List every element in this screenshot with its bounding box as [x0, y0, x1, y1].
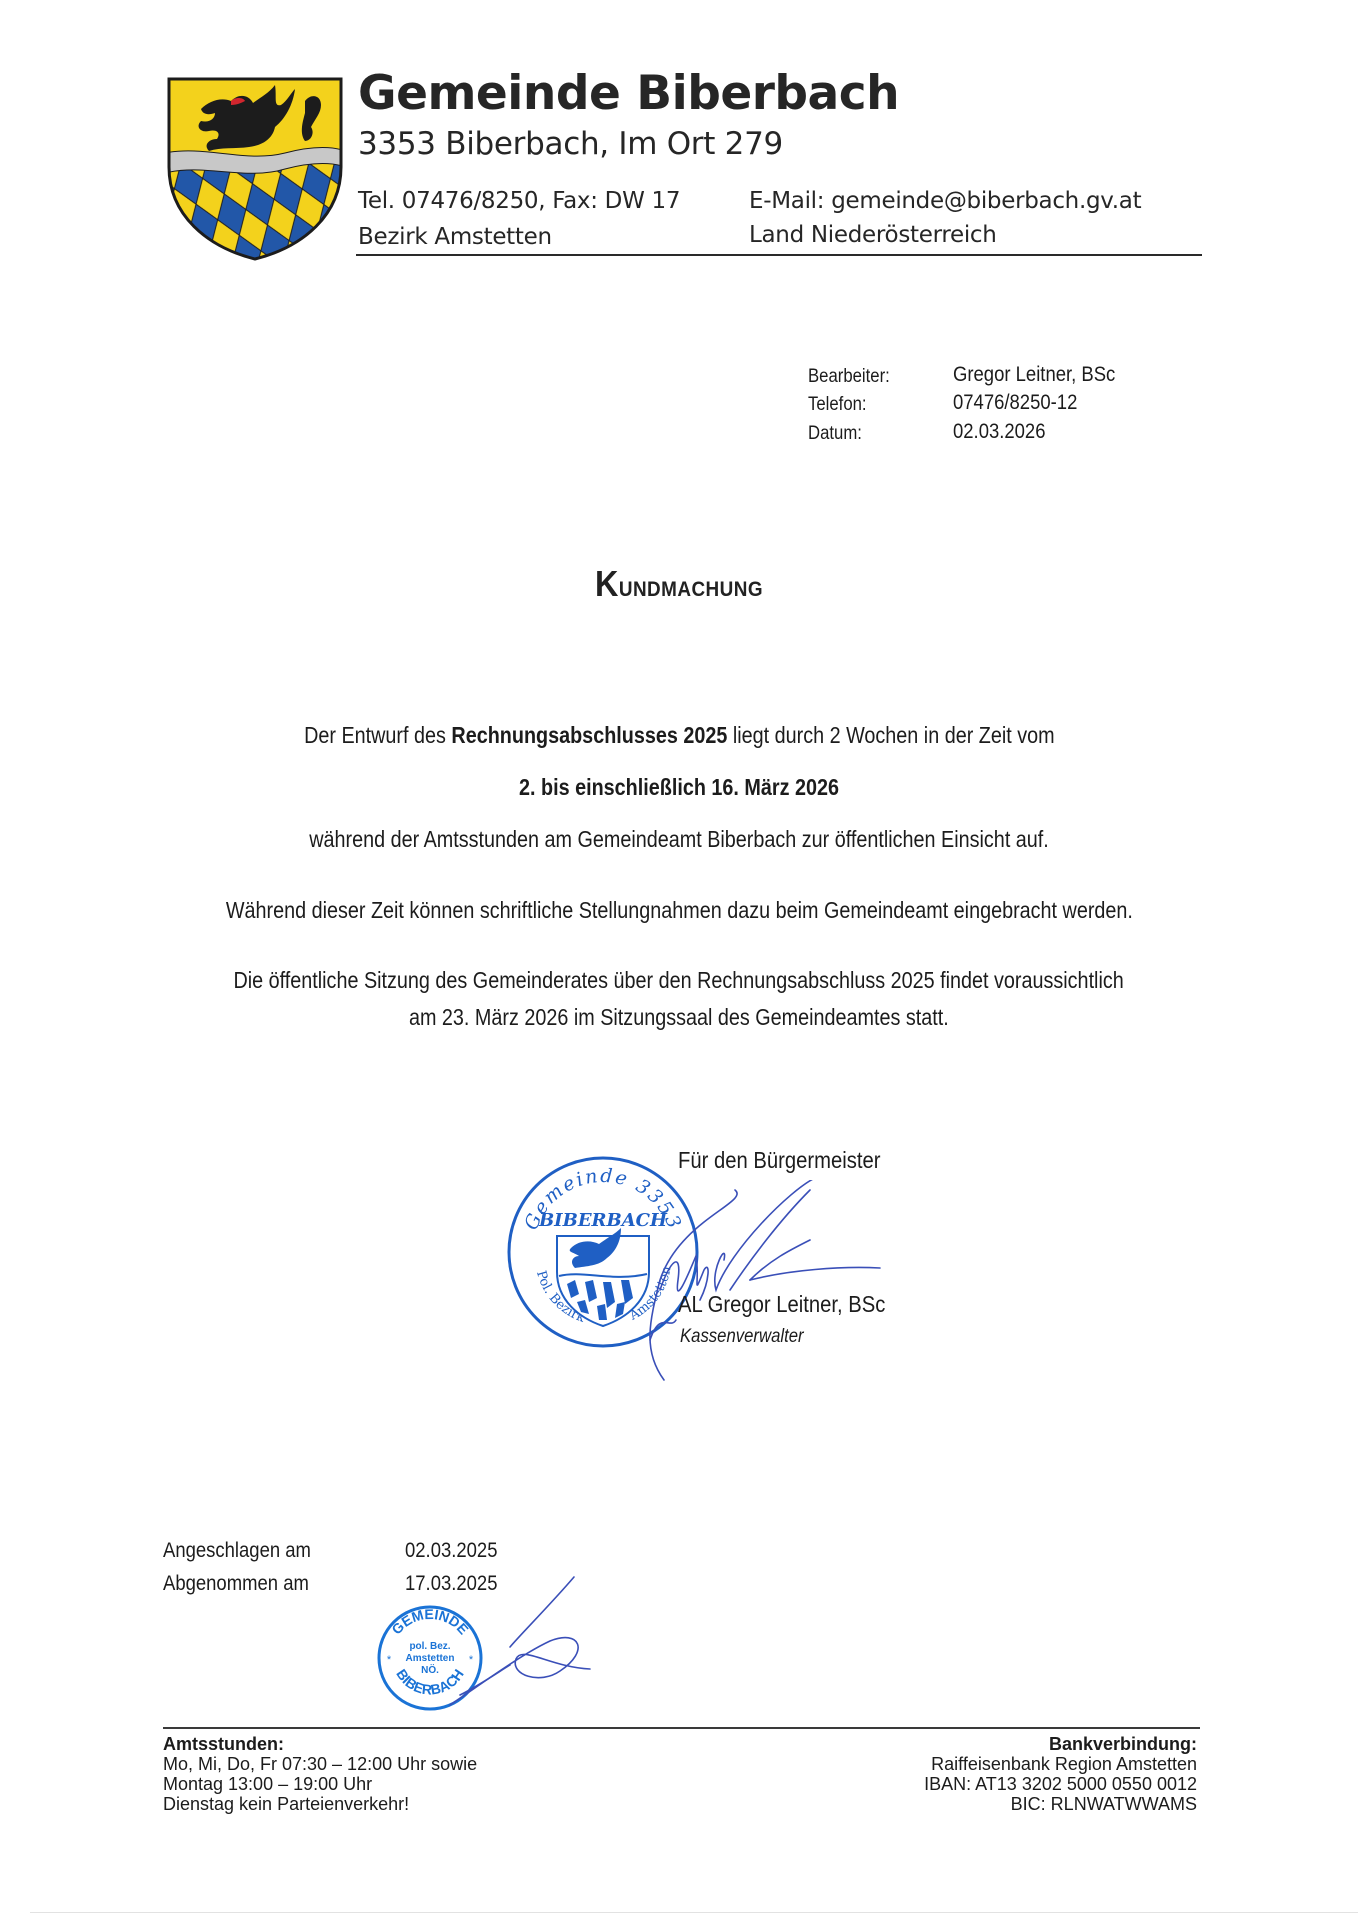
paragraph-1: Der Entwurf des Rechnungsabschlusses 202… — [0, 722, 1358, 749]
paragraph-period: 2. bis einschließlich 16. März 2026 — [0, 774, 1358, 801]
office-hours-line: Dienstag kein Parteienverkehr! — [163, 1794, 477, 1814]
letterhead-divider — [356, 254, 1202, 256]
paragraph-5-line-2: am 23. März 2026 im Sitzungssaal des Gem… — [0, 1004, 1358, 1031]
office-hours: Amtsstunden: Mo, Mi, Do, Fr 07:30 – 12:0… — [163, 1734, 477, 1814]
office-hours-line: Montag 13:00 – 19:00 Uhr — [163, 1774, 477, 1794]
bank-details-title: Bankverbindung: — [924, 1734, 1197, 1754]
bank-name: Raiffeisenbank Region Amstetten — [924, 1754, 1197, 1774]
paragraph-4: Während dieser Zeit können schriftliche … — [0, 897, 1358, 924]
footer-divider — [163, 1727, 1200, 1729]
meta-value: 02.03.2026 — [953, 420, 1045, 444]
office-hours-line: Mo, Mi, Do, Fr 07:30 – 12:00 Uhr sowie — [163, 1754, 477, 1774]
page-edge — [30, 1912, 1358, 1913]
office-hours-title: Amtsstunden: — [163, 1734, 477, 1754]
bold-text: Rechnungsabschlusses 2025 — [451, 722, 727, 748]
removed-label: Abgenommen am — [163, 1572, 309, 1596]
svg-text:NÖ.: NÖ. — [421, 1663, 439, 1676]
municipality-address: 3353 Biberbach, Im Ort 279 — [358, 126, 783, 162]
svg-text:*: * — [387, 1654, 392, 1666]
meta-label: Bearbeiter: — [808, 366, 890, 388]
meta-label: Telefon: — [808, 394, 867, 416]
paragraph-3: während der Amtsstunden am Gemeindeamt B… — [0, 826, 1358, 853]
phone-fax: Tel. 07476/8250, Fax: DW 17 — [358, 188, 680, 214]
meta-label: Datum: — [808, 423, 862, 445]
posted-label: Angeschlagen am — [163, 1539, 311, 1563]
meta-value: Gregor Leitner, BSc — [953, 363, 1115, 387]
state: Land Niederösterreich — [749, 222, 997, 248]
district: Bezirk Amstetten — [358, 224, 552, 250]
signature-for: Für den Bürgermeister — [678, 1147, 880, 1174]
bic: BIC: RLNWATWWAMS — [924, 1794, 1197, 1814]
email-link[interactable]: E-Mail: gemeinde@biberbach.gv.at — [749, 188, 1141, 214]
signatory-name: AL Gregor Leitner, BSc — [678, 1291, 885, 1318]
posted-date: 02.03.2025 — [405, 1539, 497, 1563]
text: liegt durch 2 Wochen in der Zeit vom — [727, 722, 1054, 748]
title-initial: K — [595, 563, 619, 604]
municipality-name: Gemeinde Biberbach — [358, 66, 899, 121]
title-rest: undmachung — [619, 570, 763, 603]
handwritten-initials — [440, 1575, 600, 1715]
coat-of-arms-icon — [165, 75, 345, 261]
text: Der Entwurf des — [304, 722, 451, 748]
iban: IBAN: AT13 3202 5000 0550 0012 — [924, 1774, 1197, 1794]
document-title: Kundmachung — [68, 563, 1290, 605]
signatory-role: Kassenverwalter — [680, 1326, 804, 1348]
paragraph-5-line-1: Die öffentliche Sitzung des Gemeinderate… — [0, 967, 1358, 994]
meta-value: 07476/8250-12 — [953, 391, 1077, 415]
bank-details: Bankverbindung: Raiffeisenbank Region Am… — [924, 1734, 1197, 1814]
handwritten-signature — [640, 1180, 940, 1390]
